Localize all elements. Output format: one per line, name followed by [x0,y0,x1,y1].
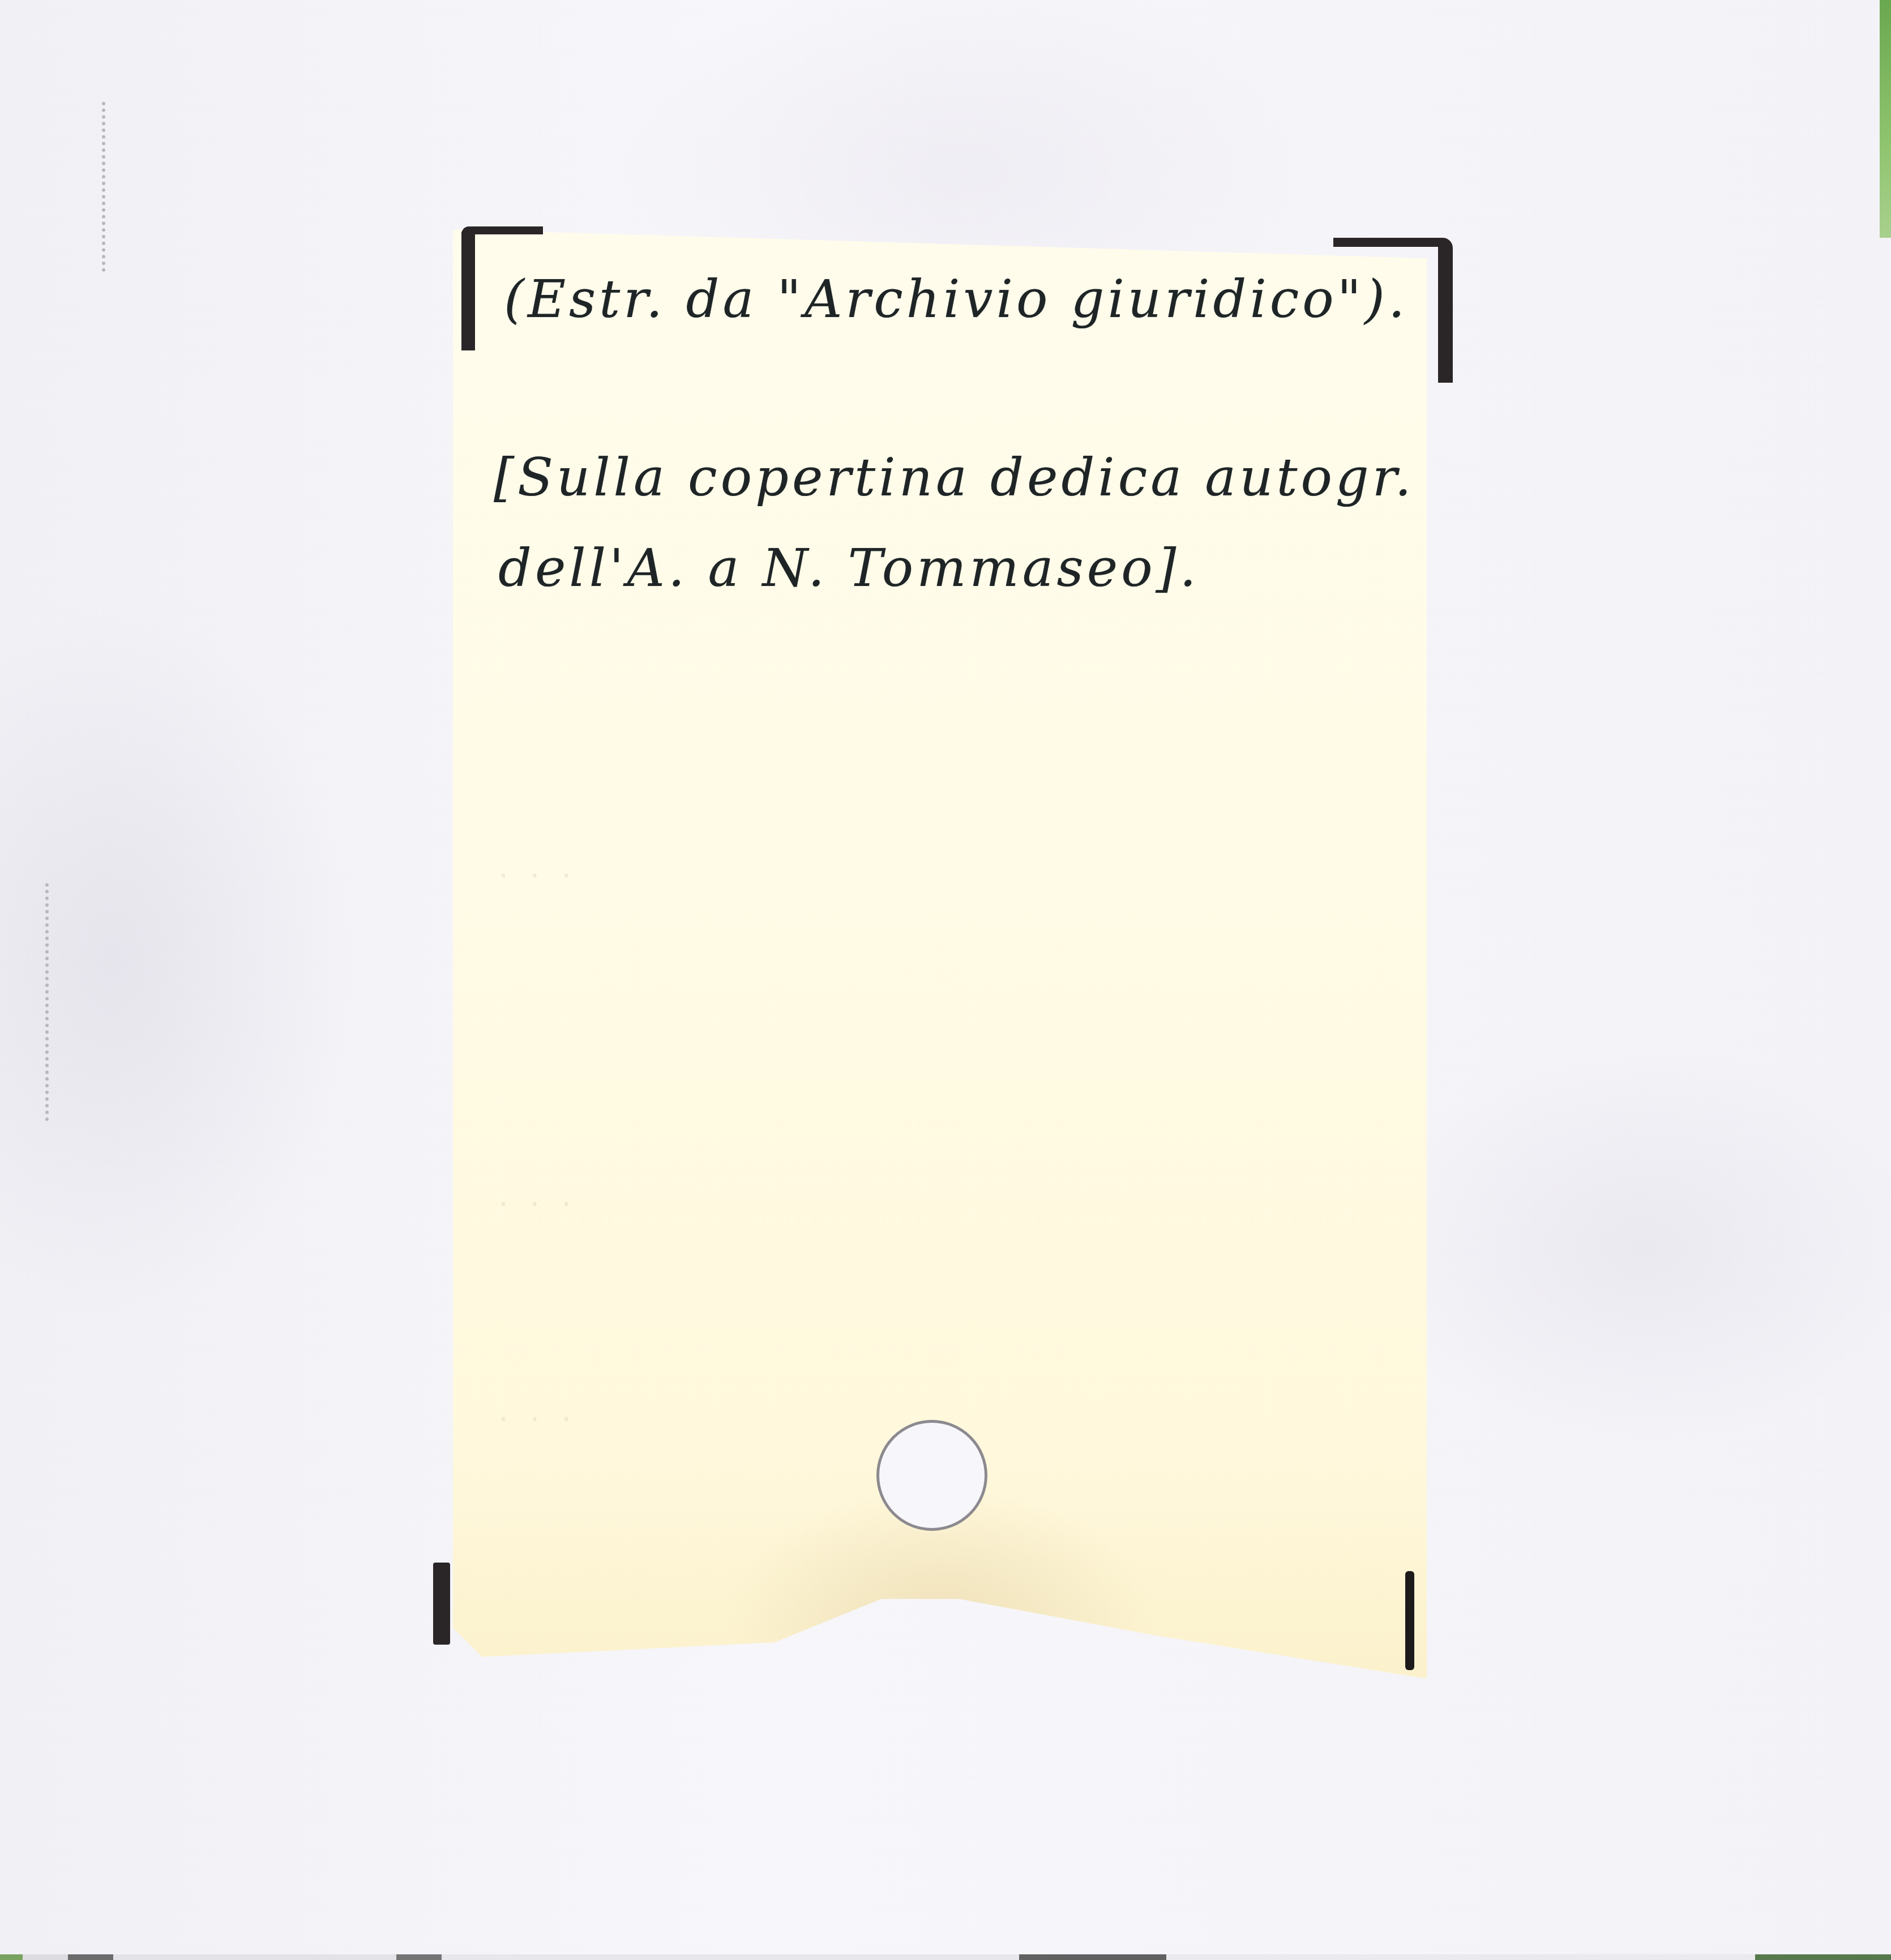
handwritten-line-source: (Estr. da "Archivio giuridico"). [504,269,1408,329]
photo-corner-icon [433,1563,450,1645]
edge-strip [1880,0,1891,238]
bottom-scan-edge [0,1954,1891,1960]
bleed-through-text: · · · [498,1401,577,1438]
backdrop-edge-mark [102,102,105,272]
photo-corner-icon [1405,1571,1414,1670]
backdrop-edge-mark [45,883,49,1121]
bleed-through-text: · · · [498,1186,577,1223]
handwritten-line-note: [Sulla copertina dedica autogr. [494,447,1415,508]
punch-hole-icon [876,1420,987,1531]
photo-corner-icon [1333,238,1453,383]
bleed-through-text: · · · [498,858,577,895]
handwritten-line-dedication: dell'A. a N. Tommaseo]. [498,538,1200,598]
photo-corner-icon [461,226,543,350]
